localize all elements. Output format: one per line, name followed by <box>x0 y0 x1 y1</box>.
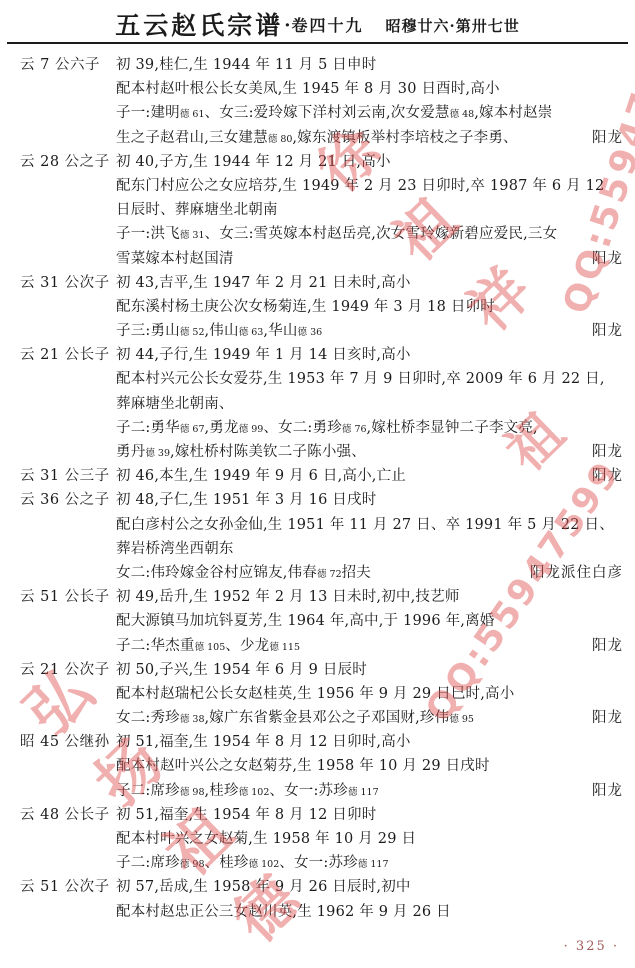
entry-line: 配白彦村公之女孙金仙,生 1951 年 11 月 27 日、卒 1991 年 5… <box>116 513 627 537</box>
entry-text: 配本村赵叶兴公之女赵菊芬,生 1958 年 10 月 29 日戌时 <box>116 758 490 774</box>
generation-marker: 德 115 <box>269 642 300 653</box>
generation-marker: 德 117 <box>348 787 379 798</box>
entry-line: 初 40,子方,生 1944 年 12 月 21 日,高小 <box>116 150 627 174</box>
generation-marker: 德 31 <box>180 230 205 241</box>
entry-line: 子二:勇华德 67,勇龙德 99、女二:勇珍德 76,嫁杜桥李显钟二子李文亮, <box>116 416 627 440</box>
entry: 云 7 公六子初 39,桂仁,生 1944 年 11 月 5 日申时配本村赵叶根… <box>20 53 627 150</box>
title-generation: 昭穆廿六·第卅七世 <box>386 17 520 35</box>
entry-text: 子二:席珍 <box>116 855 180 871</box>
entry-text: ,嫁本村赵崇 <box>474 105 552 121</box>
entry-line: 配本村叶兴之女赵菊,生 1958 年 10 月 29 日 <box>116 827 627 851</box>
entry-text: 、女一:苏珍 <box>269 783 348 799</box>
entry-line: 初 43,吉平,生 1947 年 2 月 21 日未时,高小 <box>116 271 627 295</box>
entry-text: ,勇龙 <box>205 420 239 436</box>
entry-line: 初 51,福奎,生 1954 年 8 月 12 日卯时,高小 <box>116 730 627 754</box>
entry-label: 云 51 公长子 <box>20 585 116 658</box>
entry-text: 子二:华杰重 <box>116 638 195 654</box>
entry-text: 子三:勇山 <box>116 323 180 339</box>
entry-text: 初 57,岳成,生 1958 年 9 月 26 日辰时,初中 <box>116 879 411 895</box>
generation-marker: 德 63 <box>239 327 264 338</box>
entry-line: 配东门村应公之女应培芬,生 1949 年 2 月 23 日卯时,卒 1987 年… <box>116 174 627 198</box>
generation-marker: 德 76 <box>342 424 367 435</box>
entry-label: 云 31 公三子 <box>20 464 116 488</box>
entry-line: 初 44,子行,生 1949 年 1 月 14 日亥时,高小 <box>116 343 627 367</box>
entry-line: 女二:秀珍德 38,嫁广东省紫金县邓公之子邓国财,珍伟德 95阳龙 <box>116 706 627 730</box>
entry-line: 葬麻塘坐北朝南、 <box>116 392 627 416</box>
entry-text: 配大源镇马加坑钭夏芳,生 1964 年,高中,于 1996 年,离婚 <box>116 613 494 629</box>
entry-line: 初 51,福奎,生 1954 年 8 月 12 日卯时 <box>116 803 627 827</box>
entry-text: ,桂珍 <box>205 783 239 799</box>
generation-marker: 德 102 <box>239 787 270 798</box>
entry-text: 子一:洪飞 <box>116 226 180 242</box>
honor-tag: 阳龙 <box>592 634 623 658</box>
entry-text: 初 48,子仁,生 1951 年 3 月 16 日戌时 <box>116 492 376 508</box>
entry-text: 、桂珍 <box>205 855 249 871</box>
entry-text: 女二:伟玲嫁金谷村应锦友,伟春 <box>116 565 317 581</box>
entries-list: 云 7 公六子初 39,桂仁,生 1944 年 11 月 5 日申时配本村赵叶根… <box>20 53 627 924</box>
generation-marker: 德 105 <box>195 642 226 653</box>
generation-marker: 德 98 <box>180 787 205 798</box>
honor-tag: 阳龙 <box>592 126 623 150</box>
entry-line: 生之子赵君山,三女建慧德 80,嫁东渡镇板举村李培枝之子李勇、阳龙 <box>116 126 627 150</box>
page-title: 五云赵氏宗谱·卷四十九昭穆廿六·第卅七世 <box>0 6 635 42</box>
entry-line: 子二:华杰重德 105、少龙德 115阳龙 <box>116 634 627 658</box>
generation-marker: 德 102 <box>249 859 280 870</box>
entry-line: 初 50,子兴,生 1954 年 6 月 9 日辰时 <box>116 658 627 682</box>
entry-text: 日辰时、葬麻塘坐北朝南 <box>116 202 278 218</box>
entry: 云 28 公之子初 40,子方,生 1944 年 12 月 21 日,高小配东门… <box>20 150 627 271</box>
entry-text: 初 51,福奎,生 1954 年 8 月 12 日卯时 <box>116 807 376 823</box>
entry-line: 初 46,本生,生 1949 年 9 月 6 日,高小,亡止阳龙 <box>116 464 627 488</box>
entry-text: 初 44,子行,生 1949 年 1 月 14 日亥时,高小 <box>116 347 411 363</box>
honor-tag: 阳龙 <box>592 779 623 803</box>
entry-label: 云 21 公次子 <box>20 658 116 731</box>
entry-text: ,嫁东渡镇板举村李培枝之子李勇、 <box>292 130 517 146</box>
entry-text: 、女一:苏珍 <box>279 855 358 871</box>
entry-text: 配本村赵瑞杞公长女赵桂英,生 1956 年 9 月 29 日巳时,高小 <box>116 686 514 702</box>
generation-marker: 德 67 <box>180 424 205 435</box>
entry-text: 、女三:爱玲嫁下洋村刘云南,次女爱慧 <box>205 105 450 121</box>
entry-line: 配本村兴元公长女爱芬,生 1953 年 7 月 9 日卯时,卒 2009 年 6… <box>116 367 627 391</box>
entry-text: 生之子赵君山,三女建慧 <box>116 130 268 146</box>
entry-label: 云 48 公长子 <box>20 803 116 876</box>
entry-text: 初 40,子方,生 1944 年 12 月 21 日,高小 <box>116 154 391 170</box>
entry-text: 初 51,福奎,生 1954 年 8 月 12 日卯时,高小 <box>116 734 411 750</box>
title-book-name: 五云赵氏宗谱 <box>115 11 283 40</box>
entry-text: 、女三:雪英嫁本村赵岳亮,次女雪玲嫁新碧应爱民,三女 <box>205 226 558 242</box>
entry-text: 葬岩桥湾坐西朝东 <box>116 541 234 557</box>
entry-text: 葬麻塘坐北朝南、 <box>116 396 234 412</box>
generation-marker: 德 36 <box>298 327 323 338</box>
entry-line: 日辰时、葬麻塘坐北朝南 <box>116 198 627 222</box>
entry-line: 配本村赵叶根公长女美凤,生 1945 年 8 月 30 日酉时,高小 <box>116 77 627 101</box>
entry: 云 31 公三子初 46,本生,生 1949 年 9 月 6 日,高小,亡止阳龙 <box>20 464 627 488</box>
entry-line: 初 49,岳升,生 1952 年 2 月 13 日未时,初中,技艺师 <box>116 585 627 609</box>
entry-label: 云 31 公次子 <box>20 271 116 344</box>
entry-label: 昭 45 公继孙 <box>20 730 116 803</box>
title-volume: 卷四十九 <box>292 16 364 35</box>
entry-text: 女二:秀珍 <box>116 710 180 726</box>
entry: 云 48 公长子初 51,福奎,生 1954 年 8 月 12 日卯时配本村叶兴… <box>20 803 627 876</box>
entry: 云 36 公之子初 48,子仁,生 1951 年 3 月 16 日戌时配白彦村公… <box>20 488 627 585</box>
generation-marker: 德 99 <box>239 424 264 435</box>
entry-text: 勇丹 <box>116 444 145 460</box>
generation-marker: 德 72 <box>317 569 342 580</box>
entry-line: 子二:席珍德 98,桂珍德 102、女一:苏珍德 117阳龙 <box>116 779 627 803</box>
generation-marker: 德 38 <box>180 714 205 725</box>
generation-marker: 德 117 <box>358 859 389 870</box>
entry-text: 、少龙 <box>225 638 269 654</box>
entry-line: 配本村赵忠正公三女赵川英,生 1962 年 9 月 26 日 <box>116 900 627 924</box>
entry: 云 51 公长子初 49,岳升,生 1952 年 2 月 13 日未时,初中,技… <box>20 585 627 658</box>
entry-line: 配本村赵瑞杞公长女赵桂英,生 1956 年 9 月 29 日巳时,高小 <box>116 682 627 706</box>
entry-label: 云 7 公六子 <box>20 53 116 150</box>
entry-text: 初 46,本生,生 1949 年 9 月 6 日,高小,亡止 <box>116 468 406 484</box>
entry-text: 配本村赵叶根公长女美凤,生 1945 年 8 月 30 日酉时,高小 <box>116 81 500 97</box>
entry: 云 21 公长子初 44,子行,生 1949 年 1 月 14 日亥时,高小配本… <box>20 343 627 464</box>
honor-tag: 阳龙 <box>592 247 623 271</box>
entry-text: 子一:建明 <box>116 105 180 121</box>
entry-line: 初 48,子仁,生 1951 年 3 月 16 日戌时 <box>116 488 627 512</box>
entry-text: 配白彦村公之女孙金仙,生 1951 年 11 月 27 日、卒 1991 年 5… <box>116 517 614 533</box>
entry-text: 初 43,吉平,生 1947 年 2 月 21 日未时,高小 <box>116 275 411 291</box>
entry-label: 云 28 公之子 <box>20 150 116 271</box>
entry-text: 配东门村应公之女应培芬,生 1949 年 2 月 23 日卯时,卒 1987 年… <box>116 178 604 194</box>
genealogy-page: 五云赵氏宗谱·卷四十九昭穆廿六·第卅七世 云 7 公六子初 39,桂仁,生 19… <box>0 0 635 968</box>
entry-line: 子一:洪飞德 31、女三:雪英嫁本村赵岳亮,次女雪玲嫁新碧应爱民,三女 <box>116 222 627 246</box>
entry-text: 初 50,子兴,生 1954 年 6 月 9 日辰时 <box>116 662 367 678</box>
entry: 昭 45 公继孙初 51,福奎,生 1954 年 8 月 12 日卯时,高小配本… <box>20 730 627 803</box>
entry-line: 初 39,桂仁,生 1944 年 11 月 5 日申时 <box>116 53 627 77</box>
entry-text: ,嫁广东省紫金县邓公之子邓国财,珍伟 <box>205 710 450 726</box>
generation-marker: 德 61 <box>180 109 205 120</box>
entry-line: 子一:建明德 61、女三:爱玲嫁下洋村刘云南,次女爱慧德 48,嫁本村赵崇 <box>116 101 627 125</box>
title-dot-separator: · <box>284 15 290 36</box>
entry-line: 初 57,岳成,生 1958 年 9 月 26 日辰时,初中 <box>116 875 627 899</box>
entry-line: 子三:勇山德 52,伟山德 63,华山德 36阳龙 <box>116 319 627 343</box>
entry-text: 子二:席珍 <box>116 783 180 799</box>
honor-tag: 阳龙 <box>592 464 623 488</box>
entry: 云 31 公次子初 43,吉平,生 1947 年 2 月 21 日未时,高小配东… <box>20 271 627 344</box>
entry-text: 初 49,岳升,生 1952 年 2 月 13 日未时,初中,技艺师 <box>116 589 460 605</box>
entry-line: 配大源镇马加坑钭夏芳,生 1964 年,高中,于 1996 年,离婚 <box>116 609 627 633</box>
entry-line: 勇丹德 39,嫁杜桥村陈美钦二子陈小强、阳龙 <box>116 440 627 464</box>
entry-line: 女二:伟玲嫁金谷村应锦友,伟春德 72招夫阳龙派住白彦 <box>116 561 627 585</box>
honor-tag: 阳龙 <box>592 319 623 343</box>
entry-label: 云 21 公长子 <box>20 343 116 464</box>
generation-marker: 德 39 <box>145 448 170 459</box>
entry: 云 51 公次子初 57,岳成,生 1958 年 9 月 26 日辰时,初中配本… <box>20 875 627 923</box>
entry-text: 初 39,桂仁,生 1944 年 11 月 5 日申时 <box>116 57 376 73</box>
page-number: · 325 · <box>564 939 619 954</box>
generation-marker: 德 48 <box>450 109 475 120</box>
entry-line: 配东溪村杨土庚公次女杨菊连,生 1949 年 3 月 18 日卯时 <box>116 295 627 319</box>
generation-marker: 德 52 <box>180 327 205 338</box>
entry-line: 子二:席珍德 98、桂珍德 102、女一:苏珍德 117 <box>116 851 627 875</box>
generation-marker: 德 95 <box>449 714 474 725</box>
entry: 云 21 公次子初 50,子兴,生 1954 年 6 月 9 日辰时配本村赵瑞杞… <box>20 658 627 731</box>
entry-text: 配本村叶兴之女赵菊,生 1958 年 10 月 29 日 <box>116 831 416 847</box>
honor-tag: 阳龙 <box>592 706 623 730</box>
entry-text: ,华山 <box>263 323 297 339</box>
entry-text: 配本村赵忠正公三女赵川英,生 1962 年 9 月 26 日 <box>116 904 451 920</box>
title-rule <box>7 42 628 44</box>
entry-text: 招夫 <box>342 565 371 581</box>
generation-marker: 德 98 <box>180 859 205 870</box>
entry-text: ,嫁杜桥李显钟二子李文亮, <box>367 420 538 436</box>
entry-label: 云 51 公次子 <box>20 875 116 923</box>
entry-text: 、女二:勇珍 <box>263 420 342 436</box>
entry-text: 雪菜嫁本村赵国清 <box>116 251 234 267</box>
entry-text: 配东溪村杨土庚公次女杨菊连,生 1949 年 3 月 18 日卯时 <box>116 299 495 315</box>
honor-tag: 阳龙派住白彦 <box>530 561 623 585</box>
entry-text: ,伟山 <box>205 323 239 339</box>
honor-tag: 阳龙 <box>592 440 623 464</box>
entry-text: 配本村兴元公长女爱芬,生 1953 年 7 月 9 日卯时,卒 2009 年 6… <box>116 371 605 387</box>
entry-line: 葬岩桥湾坐西朝东 <box>116 537 627 561</box>
entry-line: 配本村赵叶兴公之女赵菊芬,生 1958 年 10 月 29 日戌时 <box>116 754 627 778</box>
generation-marker: 德 80 <box>268 134 293 145</box>
entry-text: 子二:勇华 <box>116 420 180 436</box>
entry-text: ,嫁杜桥村陈美钦二子陈小强、 <box>170 444 366 460</box>
entry-line: 雪菜嫁本村赵国清阳龙 <box>116 247 627 271</box>
entry-label: 云 36 公之子 <box>20 488 116 585</box>
